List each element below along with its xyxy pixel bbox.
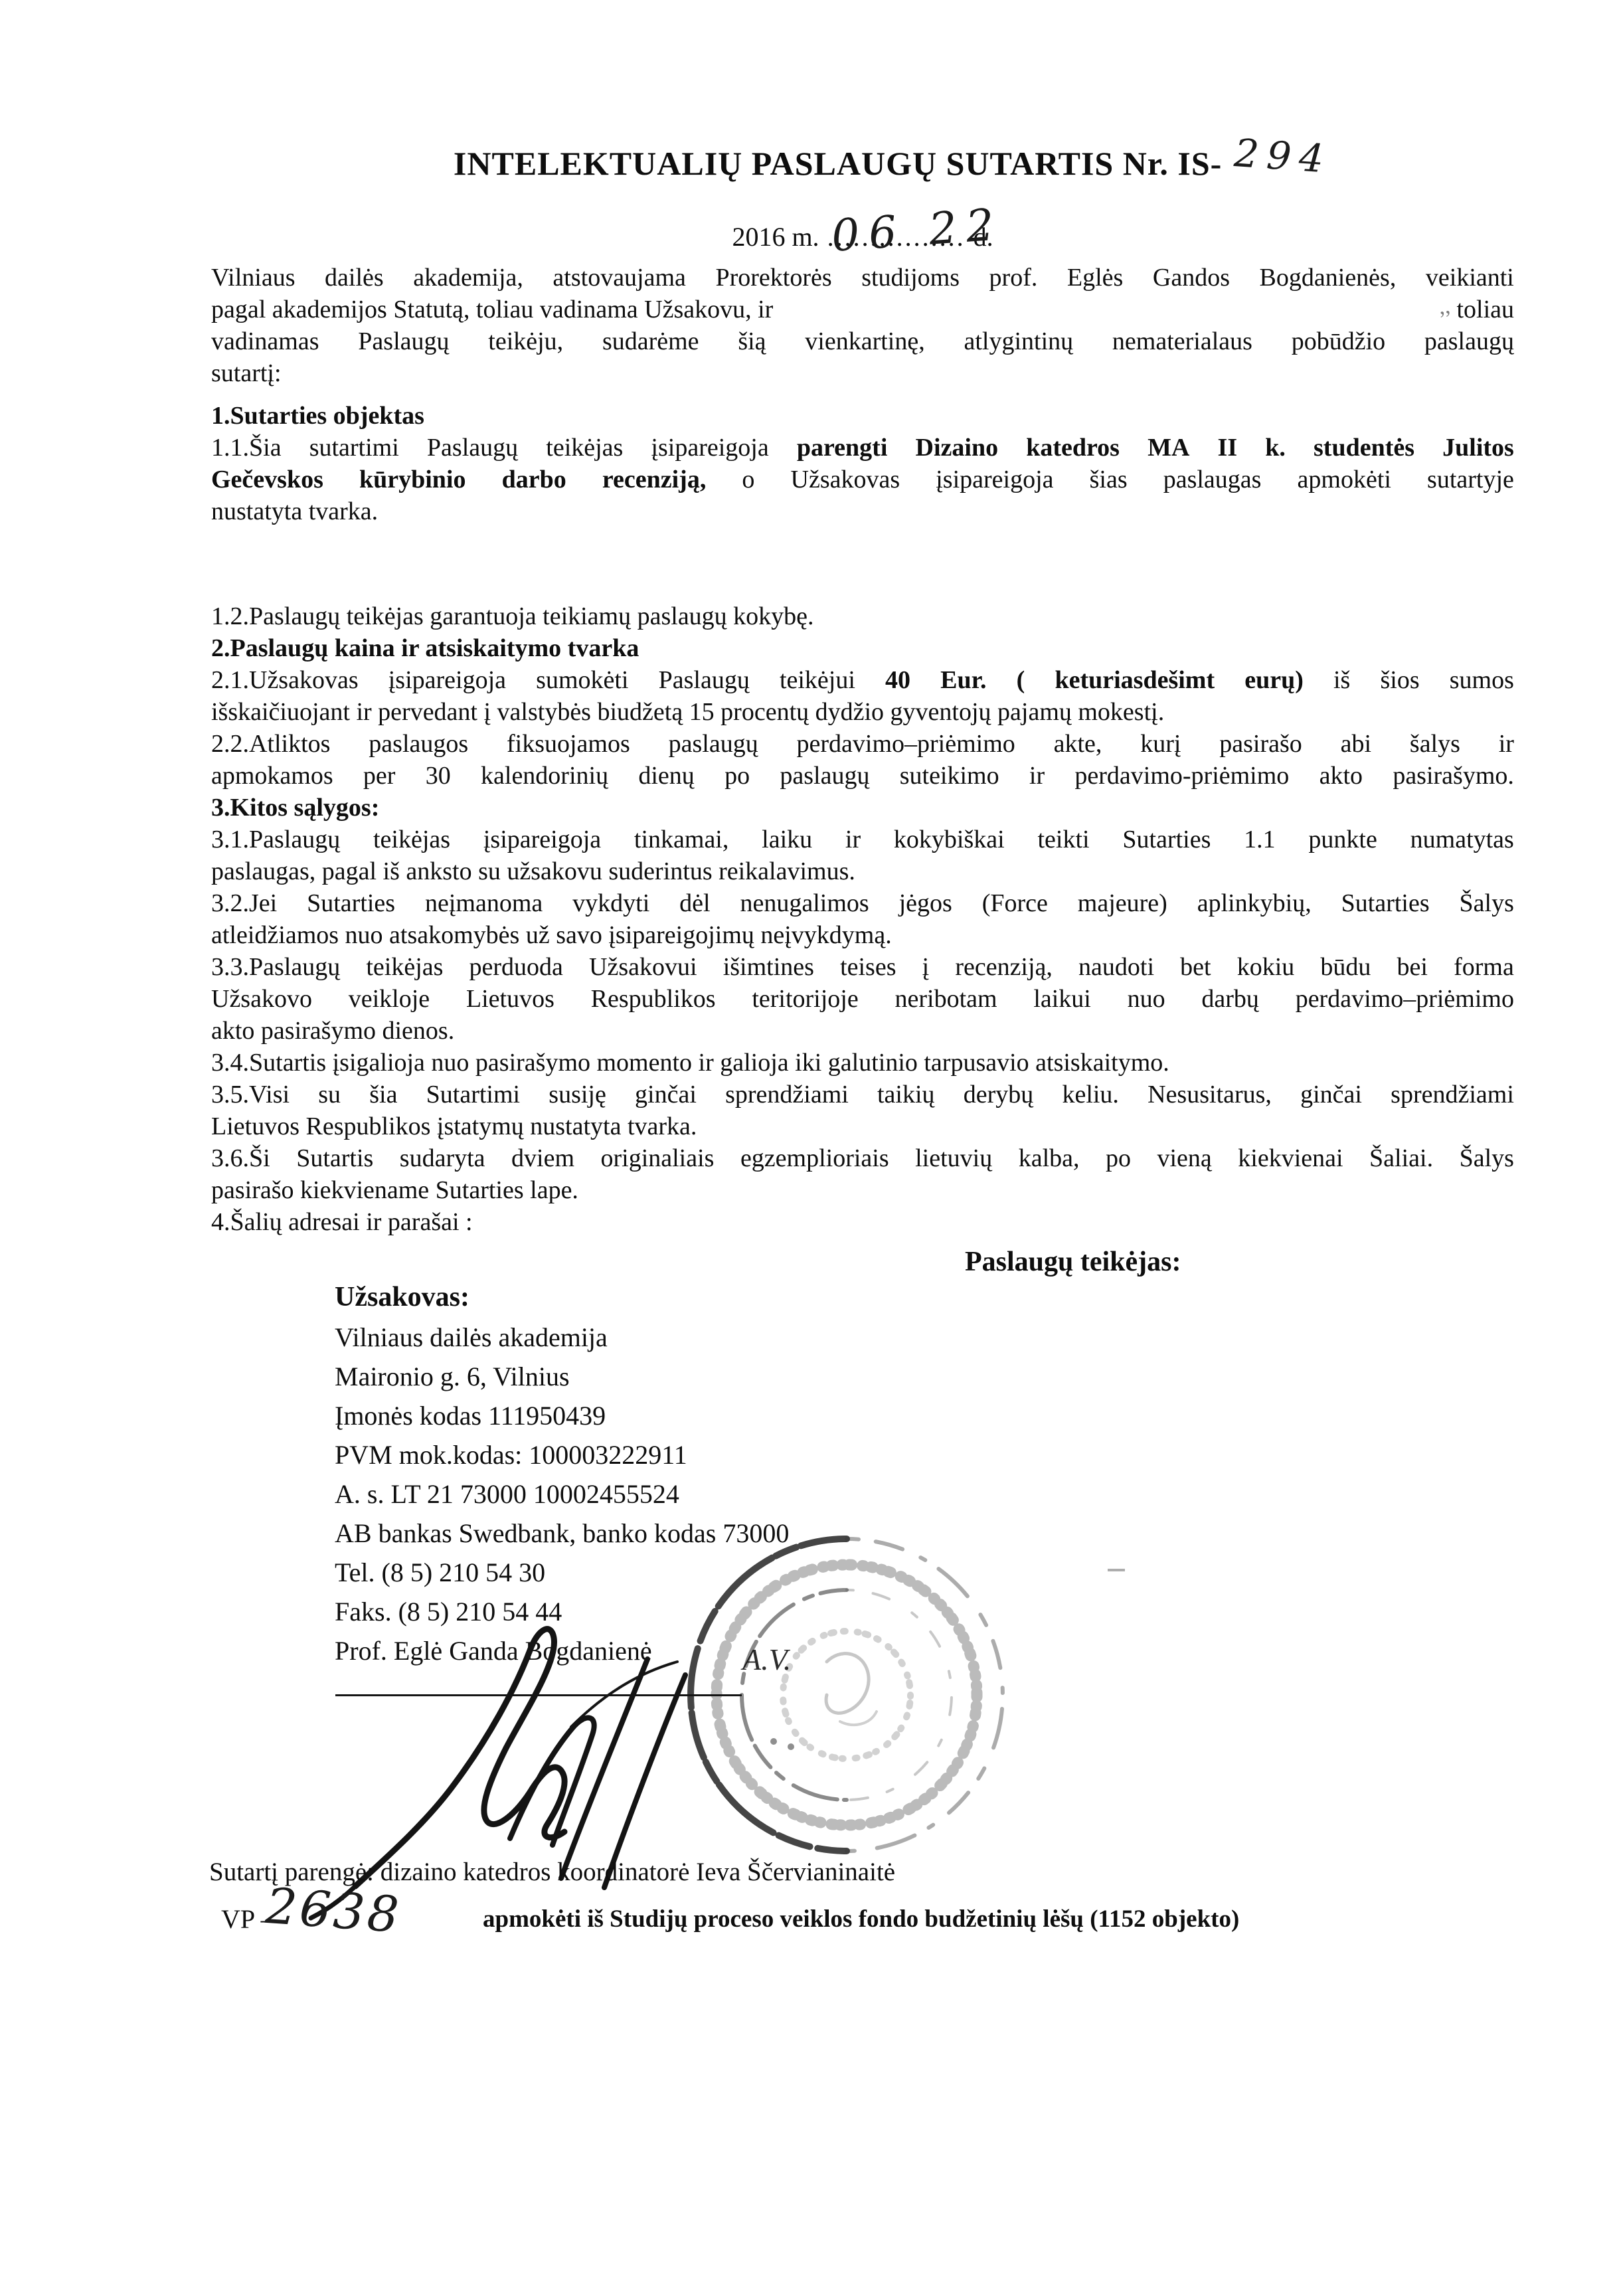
word: parengti [797,432,888,464]
text-line: Vilniausdailėsakademija,atstovaujamaPror… [211,262,1514,294]
word: Eglės [1067,262,1123,294]
word: Užsakovas [791,464,900,495]
word: neįmanoma [425,887,543,919]
word: 3.3.Paslaugų [211,951,340,983]
word: nuo [1128,983,1165,1015]
word: paslaugos [369,728,468,760]
word: Bogdanienės, [1260,262,1397,294]
word: ginčai [1300,1079,1362,1110]
word: Užsakovo [211,983,312,1015]
text-segment: 2.Paslaugų kaina ir atsiskaitymo tvarka [211,634,639,662]
customer-detail-line: Maironio g. 6, Vilnius [335,1357,789,1396]
word: Sutarties [1122,824,1211,855]
text-line: 1.2.Paslaugų teikėjas garantuoja teikiam… [211,600,1514,632]
word: Julitos [1442,432,1514,464]
word: egzemplioriais [740,1142,889,1174]
word: šią [738,325,766,357]
text-line: 3.5.VisisušiaSutartimisusijęginčaisprend… [211,1079,1514,1110]
word: 40 [885,664,910,696]
word: Užsakovui [589,951,697,983]
word: sutartimi [309,432,399,464]
word: teikėjas [366,951,443,983]
word: laiku [762,824,812,855]
text-segment: 3.4.Sutartis įsigalioja nuo pasirašymo m… [211,1049,1169,1077]
customer-detail-line: PVM mok.kodas: 100003222911 [335,1435,789,1474]
word: Šalys [1460,1142,1514,1174]
word: po [1106,1142,1131,1174]
word: teikėjas [546,432,623,464]
word: 1.1 [1244,824,1276,855]
blank-fill-space [773,294,1439,325]
text-line: 2.1.UžsakovasįsipareigojasumokėtiPaslaug… [211,664,1514,696]
word: Sutartimi [426,1079,520,1110]
word: su [318,1079,341,1110]
text-segment: 4.Šalių adresai ir parašai : [211,1208,473,1236]
word: k. [1265,432,1286,464]
word: sumos [1450,664,1514,696]
para-clause-2-1: 2.1.UžsakovasįsipareigojasumokėtiPaslaug… [211,664,1514,728]
text-line: sutartį: [211,357,1514,389]
word: teises [840,951,896,983]
text-line: vadinamasPaslaugųteikėju,sudarėmešiąvien… [211,325,1514,357]
word: Nesusitarus, [1147,1079,1272,1110]
para-clause-2-2: 2.2.Atliktospaslaugosfiksuojamospaslaugų… [211,728,1514,792]
word: veikianti [1426,262,1514,294]
word: Sutarties [307,887,395,919]
stamp-place-mark: A.V. [742,1642,791,1677]
word: recenziją, [602,464,707,495]
word: šia [369,1079,397,1110]
word: atlygintinų [964,325,1074,357]
text-segment: 3.Kitos sąlygos: [211,794,379,822]
text-segment: Lietuvos Respublikos įstatymų nustatyta … [211,1112,697,1140]
signature-rule-line [335,1694,742,1696]
word: kūrybinio [359,464,466,495]
word: veikloje [349,983,430,1015]
word: 30 [426,760,451,792]
text-line: atleidžiamos nuo atsakomybės už savo įsi… [211,919,1514,951]
text-line: Lietuvos Respublikos įstatymų nustatyta … [211,1110,1514,1142]
word: Sutartis [296,1142,373,1174]
word: sprendžiami [1391,1079,1514,1110]
word: dailės [325,262,384,294]
word: įsipareigoja [651,432,768,464]
word: Paslaugų [427,432,518,464]
word: prof. [989,262,1038,294]
word: 2.1.Užsakovas [211,664,359,696]
word: pasirašo [1219,728,1302,760]
customer-detail-line: Įmonės kodas 111950439 [335,1396,789,1435]
title-text: INTELEKTUALIŲ PASLAUGŲ SUTARTIS Nr. IS- [454,145,1222,182]
word: nenugalimos [740,887,869,919]
word: neribotam [894,983,997,1015]
text-segment: toliau [1450,294,1514,325]
handwritten-contract-number: 294 [1233,134,1333,178]
word: studijoms [861,262,960,294]
word: II [1218,432,1238,464]
word: Gečevskos [211,464,323,495]
word: išimtines [723,951,814,983]
word: fiksuojamos [507,728,630,760]
word: sprendžiami [725,1079,849,1110]
date-line: 2016 m.06 22................d. [211,221,1514,254]
para-clause-1-2: 1.2.Paslaugų teikėjas garantuoja teikiam… [211,600,1514,632]
word: ir [1499,728,1514,760]
word: per [363,760,396,792]
word: į [922,951,930,983]
text-line: 4.Šalių adresai ir parašai : [211,1206,1514,1238]
word: lietuvių [915,1142,992,1174]
word: Paslaugų [659,664,750,696]
word: kurį [1140,728,1181,760]
word: Gandos [1153,262,1230,294]
word: kiekvienai [1238,1142,1343,1174]
text-line: išskaičiuojant ir pervedant į valstybės … [211,696,1514,728]
text-segment: sutartį: [211,359,282,387]
word: ( [1017,664,1025,696]
word: 3.5.Visi [211,1079,290,1110]
word: paslaugas [1163,464,1262,495]
para-clause-3-1: 3.1.Paslaugųteikėjasįsipareigojatinkamai… [211,824,1514,887]
word: Šaliai. [1369,1142,1433,1174]
customer-detail-line: Vilniaus dailės akademija [335,1318,789,1357]
word: eurų) [1244,664,1304,696]
para-heading-1: 1.Sutarties objektas [211,400,1514,432]
word: originaliais [600,1142,714,1174]
word: ir [1029,760,1045,792]
text-line: 3.Kitos sąlygos: [211,792,1514,824]
word: paslaugų [1424,325,1514,357]
word: bei [1397,951,1428,983]
word: teritorijoje [752,983,858,1015]
word: vieną [1157,1142,1211,1174]
text-line: 2.Paslaugų kaina ir atsiskaitymo tvarka [211,632,1514,664]
word: vadinamas [211,325,319,357]
word: numatytas [1410,824,1514,855]
word: 3.2.Jei [211,887,277,919]
text-line: 3.3.PaslaugųteikėjasperduodaUžsakovuiiši… [211,951,1514,983]
word: Dizaino [916,432,999,464]
text-segment: pagal akademijos Statutą, toliau vadinam… [211,294,773,325]
word: Eur. [940,664,986,696]
text-segment: akto pasirašymo dienos. [211,1017,454,1045]
text-segment: pasirašo kiekviename Sutarties lape. [211,1176,578,1204]
word: MA [1147,432,1189,464]
word: pobūdžio [1292,325,1385,357]
text-line: pagal akademijos Statutą, toliau vadinam… [211,294,1514,325]
customer-heading: Užsakovas: [335,1281,469,1313]
word: vykdyti [572,887,649,919]
word: kalba, [1019,1142,1080,1174]
text-line: apmokamosper30kalendoriniųdienųpopaslaug… [211,760,1514,792]
word: punkte [1308,824,1377,855]
word: (Force [982,887,1048,919]
word: dviem [511,1142,574,1174]
word: 3.1.Paslaugų [211,824,340,855]
word: studentės [1314,432,1414,464]
word: majeure) [1078,887,1167,919]
word: Respublikos [591,983,716,1015]
text-line: nustatyta tvarka. [211,495,1514,527]
para-heading-2: 2.Paslaugų kaina ir atsiskaitymo tvarka [211,632,1514,664]
word: sumokėti [536,664,628,696]
word: aplinkybių, [1197,887,1312,919]
word: būdu [1320,951,1371,983]
word: laikui [1033,983,1091,1015]
word: apmokamos [211,760,333,792]
scan-artifact [1108,1569,1125,1571]
date-blank: 06 22................ [827,221,966,254]
funding-note: apmokėti iš Studijų proceso veiklos fond… [483,1905,1239,1933]
word: teikėjas [373,824,450,855]
para-clause-3-4: 3.4.Sutartis įsigalioja nuo pasirašymo m… [211,1047,1514,1079]
word: 2.2.Atliktos [211,728,330,760]
word: įsipareigoja [936,464,1053,495]
word: susiję [549,1079,606,1110]
text-line: paslaugas, pagal iš anksto su užsakovu s… [211,855,1514,887]
word: bet [1180,951,1211,983]
word: darbų [1201,983,1259,1015]
word: derybų [964,1079,1034,1110]
text-line: 3.1.Paslaugųteikėjasįsipareigojatinkamai… [211,824,1514,855]
word: teikėjui [780,664,855,696]
provider-heading: Paslaugų teikėjas: [965,1246,1181,1278]
word: paslaugų [669,728,758,760]
word: pasirašymo. [1393,760,1514,792]
word: recenziją, [955,951,1053,983]
text-line: 3.2.JeiSutartiesneįmanomavykdytidėlnenug… [211,887,1514,919]
word: vienkartinę, [805,325,924,357]
word: teikti [1037,824,1089,855]
text-line: 1.1.ŠiasutartimiPaslaugųteikėjasįsiparei… [211,432,1514,464]
word: 3.6.Ši [211,1142,270,1174]
word: 1.1.Šia [211,432,282,464]
text-segment: atleidžiamos nuo atsakomybės už savo įsi… [211,921,892,949]
word: akte, [1054,728,1102,760]
word: katedros [1026,432,1120,464]
document-flow: INTELEKTUALIŲ PASLAUGŲ SUTARTIS Nr. IS-2… [211,143,1514,1238]
word: ginčai [635,1079,697,1110]
word: Sutarties [1341,887,1430,919]
word: sudaryta [400,1142,485,1174]
text-line: Gečevskoskūrybiniodarborecenziją,oUžsako… [211,464,1514,495]
word: po [724,760,750,792]
word: akto [1319,760,1363,792]
word: kokybiškai [894,824,1005,855]
word: abi [1341,728,1371,760]
word: sudarėme [602,325,699,357]
word: kalendorinių [481,760,608,792]
word: forma [1454,951,1514,983]
text-segment: išskaičiuojant ir pervedant į valstybės … [211,698,1164,726]
text-segment: 1.Sutarties objektas [211,402,424,430]
word: naudoti [1078,951,1154,983]
text-line: pasirašo kiekviename Sutarties lape. [211,1174,1514,1206]
word: nematerialaus [1112,325,1252,357]
word: perdavimo–priėmimo [1296,983,1514,1015]
para-clause-3-6: 3.6.ŠiSutartissudarytadviemoriginaliaise… [211,1142,1514,1206]
text-line: 2.2.Atliktospaslaugosfiksuojamospaslaugų… [211,728,1514,760]
word: perduoda [469,951,563,983]
para-clause-3-5: 3.5.VisisušiaSutartimisusijęginčaisprend… [211,1079,1514,1142]
word: perdavimo-priėmimo [1074,760,1289,792]
word: suteikimo [900,760,999,792]
handwritten-vp-number: 2638 [264,1878,403,1944]
customer-detail-line: A. s. LT 21 73000 10002455524 [335,1474,789,1514]
word: Prorektorės [715,262,831,294]
handwritten-date: 06 22 [830,208,1004,253]
word: sutartyje [1427,464,1514,495]
word: šalys [1410,728,1460,760]
contract-document-page: INTELEKTUALIŲ PASLAUGŲ SUTARTIS Nr. IS-2… [0,0,1615,2296]
para-clause-3-2: 3.2.JeiSutartiesneįmanomavykdytidėlnenug… [211,887,1514,951]
word: keliu. [1062,1079,1118,1110]
word: akademija, [413,262,523,294]
para-heading-3: 3.Kitos sąlygos: [211,792,1514,824]
word: atstovaujama [552,262,685,294]
para-clause-1-1: 1.1.ŠiasutartimiPaslaugųteikėjasįsiparei… [211,432,1514,527]
text-segment: paslaugas, pagal iš anksto su užsakovu s… [211,857,855,885]
contract-body: Vilniausdailėsakademija,atstovaujamaPror… [211,262,1514,1238]
word: paslaugų [780,760,869,792]
word: šias [1090,464,1128,495]
text-segment: 1.2.Paslaugų teikėjas garantuoja teikiam… [211,602,814,630]
word: perdavimo–priėmimo [797,728,1015,760]
word: tinkamai, [634,824,728,855]
date-year: 2016 m. [732,222,819,252]
text-line: akto pasirašymo dienos. [211,1015,1514,1047]
para-clause-3-3: 3.3.PaslaugųteikėjasperduodaUžsakovuiiši… [211,951,1514,1047]
word: teikėju, [488,325,563,357]
word: dėl [679,887,710,919]
word: taikių [877,1079,935,1110]
word: o [742,464,754,495]
word: Paslaugų [358,325,449,357]
text-line: 3.6.ŠiSutartissudarytadviemoriginaliaise… [211,1142,1514,1174]
word: keturiasdešimt [1055,664,1215,696]
para-clause-4: 4.Šalių adresai ir parašai : [211,1206,1514,1238]
word: Vilniaus [211,262,296,294]
page-title: INTELEKTUALIŲ PASLAUGŲ SUTARTIS Nr. IS-2… [271,143,1514,182]
para-intro: Vilniausdailėsakademija,atstovaujamaPror… [211,262,1514,389]
text-line: 1.Sutarties objektas [211,400,1514,432]
word: Šalys [1460,887,1514,919]
word: apmokėti [1298,464,1391,495]
word: šios [1380,664,1419,696]
word: kokiu [1237,951,1295,983]
text-segment: nustatyta tvarka. [211,497,378,525]
word: įsipareigoja [388,664,506,696]
text-line: UžsakovoveiklojeLietuvosRespublikosterit… [211,983,1514,1015]
text-line: 3.4.Sutartis įsigalioja nuo pasirašymo m… [211,1047,1514,1079]
word: jėgos [899,887,952,919]
word: ir [845,824,861,855]
word: iš [1333,664,1350,696]
word: Lietuvos [466,983,554,1015]
word: įsipareigoja [483,824,601,855]
word: darbo [502,464,566,495]
word: dienų [638,760,694,792]
